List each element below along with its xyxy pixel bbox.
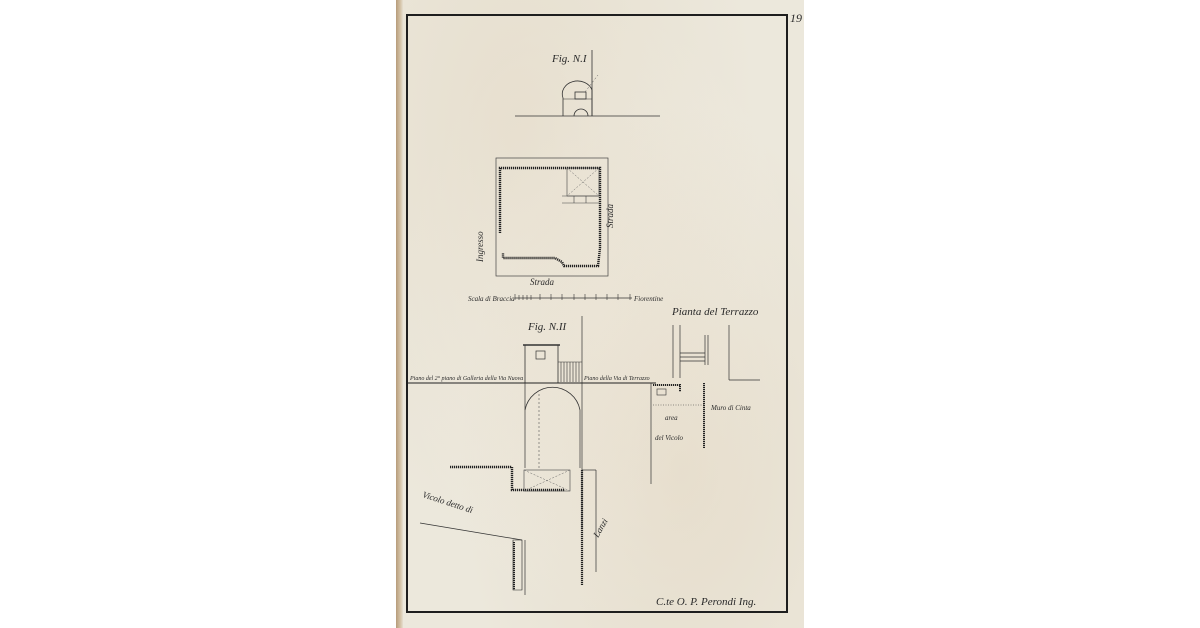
figure-1-title: Fig. N.I (551, 53, 588, 65)
area-plan: Muro di Cinta area del Vicolo (651, 383, 751, 484)
label-alley: Vicolo detto di (421, 489, 474, 515)
label-strada-right: Strada (605, 203, 615, 228)
signature: C.te O. P. Perondi Ing. (656, 596, 756, 608)
label-ingresso: Ingresso (475, 231, 485, 263)
label-left-level: Piano del 2° piano di Galleria della Via… (409, 375, 523, 382)
figure-1-elevation: Fig. N.I (515, 50, 660, 116)
scale-bar: Scala di Braccia Fiorentine (468, 294, 663, 303)
figure-2-section: Fig. N.II Piano del 2° piano di Galleria… (407, 316, 656, 595)
label-area-2: del Vicolo (655, 434, 684, 442)
terrace-plan: Pianta del Terrazzo (671, 306, 760, 380)
architectural-drawing: 19 Fig. N.I Ingresso Strada Strada (396, 0, 804, 628)
label-alley-2: Lanzi (591, 516, 610, 540)
label-strada-bottom: Strada (530, 277, 555, 287)
label-right-level: Piano della Via di Terrazzo (583, 376, 650, 382)
scale-label-right: Fiorentine (633, 295, 663, 303)
label-area: area (665, 414, 678, 422)
terrace-plan-title: Pianta del Terrazzo (671, 306, 759, 318)
label-wall: Muro di Cinta (710, 404, 751, 412)
figure-2-title: Fig. N.II (527, 321, 568, 333)
scale-label-left: Scala di Braccia (468, 295, 515, 303)
figure-1-plan: Ingresso Strada Strada (475, 158, 615, 287)
folio-number: 19 (790, 11, 802, 25)
scanned-page: 19 Fig. N.I Ingresso Strada Strada (396, 0, 804, 628)
